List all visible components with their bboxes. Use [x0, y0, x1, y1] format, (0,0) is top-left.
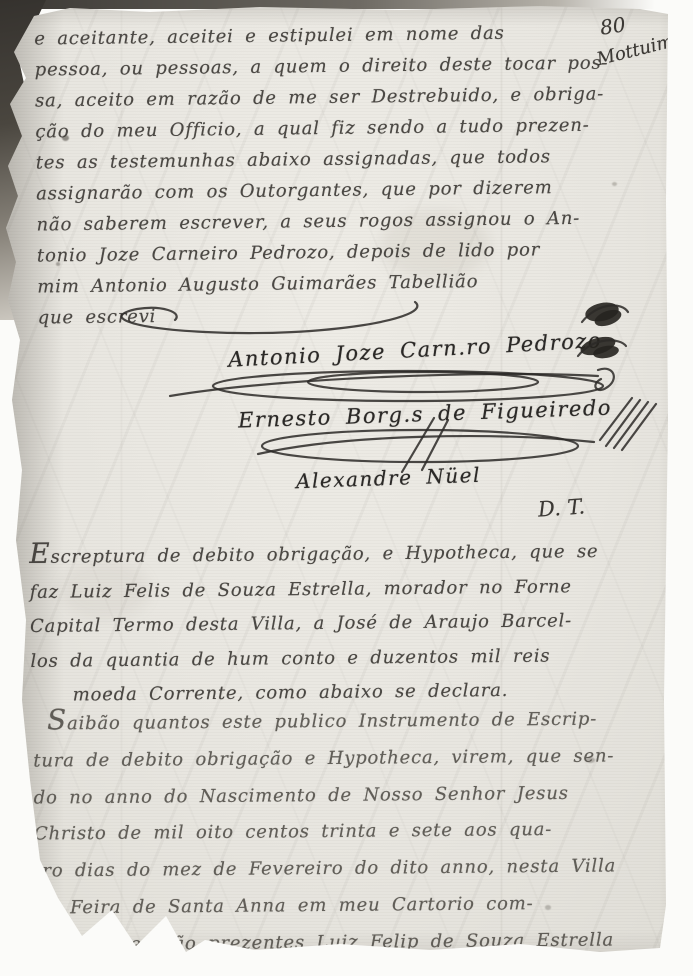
signature-name: Alexandre Nüel — [296, 463, 482, 493]
manuscript-scan: 80 Mottuim e aceitante, aceitei e estipu… — [0, 0, 693, 976]
page-sheet: 80 Mottuim e aceitante, aceitei e estipu… — [0, 0, 693, 976]
manuscript-line: Christo de mil oito centos trinta e sete… — [34, 812, 616, 854]
deed-opening-paragraph: Saibão quantos este publico Instrumento … — [33, 697, 617, 964]
ink-speck — [612, 182, 617, 186]
notary-mark: D. T. — [537, 494, 586, 521]
closing-paragraph: e aceitante, aceitei e estipulei em nome… — [34, 17, 611, 334]
escrevi-flourish-icon — [95, 296, 435, 342]
ink-blot-icon — [572, 298, 638, 364]
manuscript-line: tro dias do mez de Fevereiro do dito ann… — [34, 849, 616, 891]
manuscript-line: do no anno do Nascimento de Nosso Senhor… — [34, 775, 616, 817]
manuscript-line: tura de debito obrigação e Hypotheca, vi… — [33, 738, 615, 780]
manuscript-line: Saibão quantos este publico Instrumento … — [33, 697, 615, 743]
manuscript-line: Escreptura de debito obrigação, e Hypoth… — [29, 531, 599, 575]
manuscript-line: da Feira de Santa Anna em meu Cartorio c… — [35, 885, 617, 927]
manuscript-line: parecerão prezentes Luiz Felip de Souza … — [35, 922, 617, 964]
pen-hatch-marks-icon — [592, 394, 664, 452]
deed-heading-paragraph: Escreptura de debito obrigação, e Hypoth… — [29, 531, 600, 713]
